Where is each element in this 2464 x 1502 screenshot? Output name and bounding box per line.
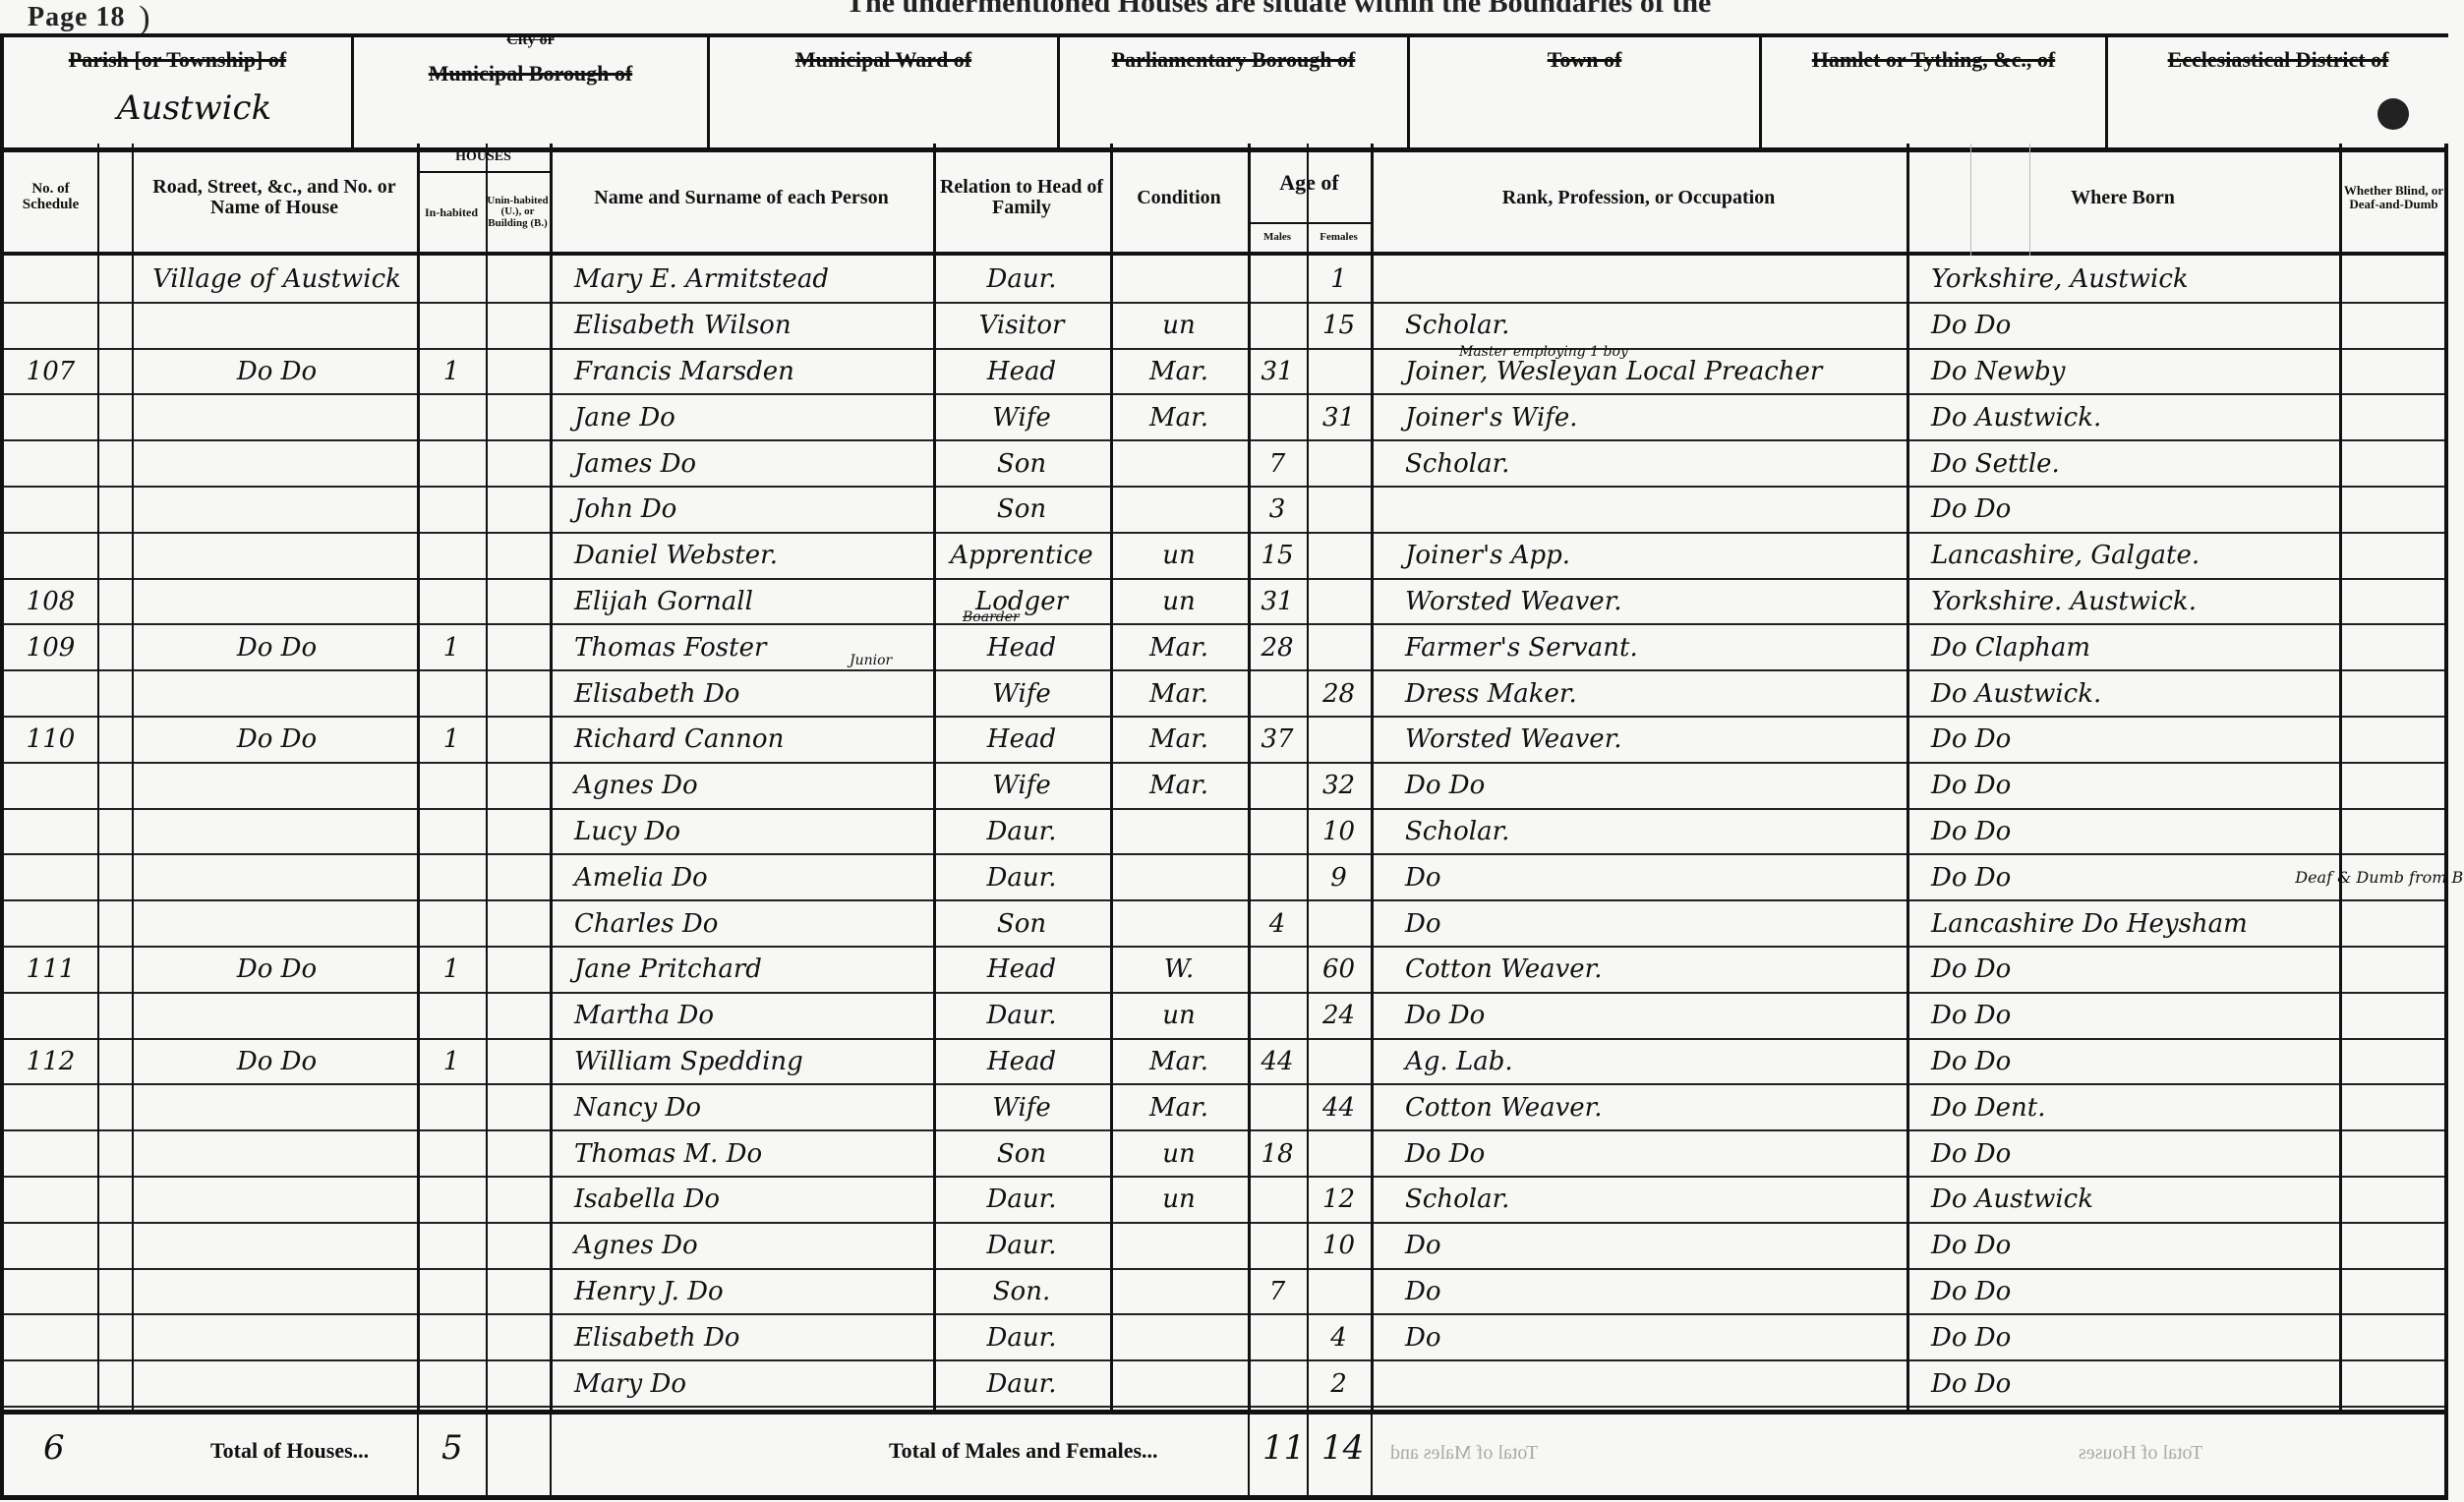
relation-cell: Daur. bbox=[933, 855, 1110, 899]
column-rule bbox=[486, 1410, 488, 1496]
condition-cell: un bbox=[1110, 580, 1248, 624]
person-name-cell: Mary E. Armitstead bbox=[574, 258, 933, 302]
column-rule bbox=[1110, 144, 1113, 1410]
schedule-number-cell bbox=[4, 304, 97, 348]
column-rule bbox=[1248, 1410, 1250, 1496]
table-row: John DoSon3Do Do bbox=[4, 488, 2444, 534]
condition-cell: un bbox=[1110, 304, 1248, 348]
table-row: Mary DoDaur.2Do Do bbox=[4, 1361, 2444, 1408]
condition-cell bbox=[1110, 810, 1248, 854]
header-road: Road, Street, &c., and No. or Name of Ho… bbox=[132, 144, 417, 252]
person-name-cell: Mary Do bbox=[574, 1361, 933, 1406]
age-female-cell: 28 bbox=[1307, 671, 1371, 716]
schedule-number-cell bbox=[4, 258, 97, 302]
table-row: Village of AustwickMary E. ArmitsteadDau… bbox=[4, 258, 2444, 304]
where-born-cell: Do Do bbox=[1931, 994, 2339, 1038]
where-born-cell: Yorkshire. Austwick. bbox=[1931, 580, 2339, 624]
inhabited-count-cell: 1 bbox=[417, 350, 486, 394]
where-born-cell: Do Do bbox=[1931, 1040, 2339, 1084]
header-inhabited: In-habited bbox=[417, 173, 486, 252]
schedule-number-cell: 112 bbox=[4, 1040, 97, 1084]
header-houses: HOUSES bbox=[417, 144, 550, 173]
person-name-cell: Elijah Gornall bbox=[574, 580, 933, 624]
blind-deaf-cell bbox=[2339, 1085, 2448, 1129]
relation-cell: Apprentice bbox=[933, 534, 1110, 578]
schedule-number-cell: 110 bbox=[4, 718, 97, 762]
condition-cell: W. bbox=[1110, 948, 1248, 992]
where-born-cell: Do Austwick. bbox=[1931, 395, 2339, 439]
schedule-number-cell: 109 bbox=[4, 625, 97, 669]
header-age: Age of bbox=[1248, 144, 1371, 224]
total-females: 14 bbox=[1321, 1428, 1364, 1468]
schedule-number-cell bbox=[4, 1178, 97, 1222]
road-name-cell bbox=[137, 810, 417, 854]
road-name-cell: Do Do bbox=[137, 718, 417, 762]
column-rule bbox=[1970, 144, 1971, 256]
locality-parliamentary-borough: Parliamentary Borough of bbox=[1060, 37, 1410, 147]
locality-municipal-borough: City or Municipal Borough of bbox=[354, 37, 710, 147]
inhabited-count-cell bbox=[417, 488, 486, 532]
where-born-cell: Do Do bbox=[1931, 1131, 2339, 1176]
age-female-cell: 60 bbox=[1307, 948, 1371, 992]
column-rule bbox=[132, 144, 134, 1410]
header-name: Name and Surname of each Person bbox=[550, 144, 933, 252]
column-rule bbox=[417, 1410, 419, 1496]
inhabited-count-cell bbox=[417, 441, 486, 486]
bleed-through-text: Total of Houses bbox=[2079, 1442, 2202, 1465]
relation-cell: Head bbox=[933, 718, 1110, 762]
schedule-number-cell bbox=[4, 1270, 97, 1314]
condition-cell: Mar. bbox=[1110, 718, 1248, 762]
condition-cell: un bbox=[1110, 534, 1248, 578]
relation-cell: Wife bbox=[933, 1085, 1110, 1129]
occupation-cell bbox=[1405, 258, 1907, 302]
occupation-cell: Do Do bbox=[1405, 994, 1907, 1038]
age-male-cell: 7 bbox=[1248, 441, 1307, 486]
locality-town: Town of bbox=[1410, 37, 1762, 147]
blind-deaf-cell: Deaf & Dumb from Birth bbox=[2339, 855, 2448, 899]
page-header-strip: Page 18 The undermentioned Houses are si… bbox=[0, 0, 2464, 33]
person-name-cell: Isabella Do bbox=[574, 1178, 933, 1222]
inhabited-count-cell: 1 bbox=[417, 718, 486, 762]
where-born-cell: Do Newby bbox=[1931, 350, 2339, 394]
relation-cell: Visitor bbox=[933, 304, 1110, 348]
person-name-cell: Agnes Do bbox=[574, 764, 933, 808]
age-female-cell bbox=[1307, 1040, 1371, 1084]
blind-deaf-cell bbox=[2339, 948, 2448, 992]
occupation-cell: Do bbox=[1405, 1270, 1907, 1314]
road-name-cell: Do Do bbox=[137, 350, 417, 394]
person-name-cell: Lucy Do bbox=[574, 810, 933, 854]
road-name-cell bbox=[137, 1085, 417, 1129]
table-row: Charles DoSon4DoLancashire Do Heysham bbox=[4, 901, 2444, 948]
occupation-cell: Do Do bbox=[1405, 764, 1907, 808]
table-row: Jane DoWifeMar.31Joiner's Wife.Do Austwi… bbox=[4, 395, 2444, 441]
age-male-cell bbox=[1248, 1178, 1307, 1222]
blind-deaf-cell bbox=[2339, 671, 2448, 716]
column-headers: No. of Schedule Road, Street, &c., and N… bbox=[4, 144, 2444, 256]
condition-cell bbox=[1110, 1270, 1248, 1314]
header-occupation: Rank, Profession, or Occupation bbox=[1371, 144, 1907, 252]
column-rule bbox=[550, 144, 553, 1410]
road-name-cell: Do Do bbox=[137, 1040, 417, 1084]
table-row: 109Do Do1Thomas FosterHeadMar.28Farmer's… bbox=[4, 625, 2444, 671]
blind-deaf-cell bbox=[2339, 994, 2448, 1038]
occupation-cell: Do bbox=[1405, 1224, 1907, 1268]
table-row: Amelia DoDaur.9DoDo DoDeaf & Dumb from B… bbox=[4, 855, 2444, 901]
age-female-cell: 32 bbox=[1307, 764, 1371, 808]
age-female-cell: 24 bbox=[1307, 994, 1371, 1038]
blind-deaf-cell bbox=[2339, 441, 2448, 486]
road-name-cell bbox=[137, 1315, 417, 1359]
age-male-cell: 3 bbox=[1248, 488, 1307, 532]
road-name-cell: Do Do bbox=[137, 948, 417, 992]
age-male-cell: 28 bbox=[1248, 625, 1307, 669]
blind-deaf-cell bbox=[2339, 1315, 2448, 1359]
relation-cell: Daur. bbox=[933, 258, 1110, 302]
condition-cell: un bbox=[1110, 1178, 1248, 1222]
condition-cell bbox=[1110, 258, 1248, 302]
road-name-cell bbox=[137, 534, 417, 578]
relation-cell: Head bbox=[933, 1040, 1110, 1084]
header-blind-deaf: Whether Blind, or Deaf-and-Dumb bbox=[2339, 144, 2448, 252]
road-name-cell bbox=[137, 1131, 417, 1176]
page-number: Page 18 bbox=[28, 2, 126, 33]
condition-cell: un bbox=[1110, 1131, 1248, 1176]
condition-cell: Mar. bbox=[1110, 395, 1248, 439]
person-name-cell: Elisabeth Do bbox=[574, 1315, 933, 1359]
person-name-cell: Henry J. Do bbox=[574, 1270, 933, 1314]
header-uninhabited: Unin-habited (U.), or Building (B.) bbox=[486, 173, 550, 252]
occupation-cell: Scholar. bbox=[1405, 304, 1907, 348]
table-row: Elisabeth WilsonVisitorun15Scholar.Do Do bbox=[4, 304, 2444, 350]
schedule-number-cell bbox=[4, 1131, 97, 1176]
relation-cell: Wife bbox=[933, 764, 1110, 808]
inhabited-count-cell bbox=[417, 304, 486, 348]
inhabited-count-cell bbox=[417, 855, 486, 899]
relation-cell: Lodger bbox=[933, 580, 1110, 624]
condition-cell bbox=[1110, 488, 1248, 532]
inhabited-count-cell bbox=[417, 1361, 486, 1406]
total-houses-inhabited: 5 bbox=[441, 1428, 463, 1468]
where-born-cell: Do Do bbox=[1931, 488, 2339, 532]
occupation-cell bbox=[1405, 1361, 1907, 1406]
schedule-number-cell bbox=[4, 901, 97, 946]
where-born-cell: Do Dent. bbox=[1931, 1085, 2339, 1129]
person-name-cell: Martha Do bbox=[574, 994, 933, 1038]
person-name-cell: James Do bbox=[574, 441, 933, 486]
table-row: Henry J. DoSon.7DoDo Do bbox=[4, 1270, 2444, 1316]
age-male-cell bbox=[1248, 810, 1307, 854]
locality-parish: Parish [or Township] of Austwick bbox=[0, 37, 354, 147]
age-male-cell: 31 bbox=[1248, 350, 1307, 394]
table-row: Thomas M. DoSonun18Do DoDo Do bbox=[4, 1131, 2444, 1178]
table-row: Agnes DoWifeMar.32Do DoDo Do bbox=[4, 764, 2444, 810]
schedule-number-cell: 108 bbox=[4, 580, 97, 624]
blind-deaf-cell bbox=[2339, 1178, 2448, 1222]
inhabited-count-cell bbox=[417, 1085, 486, 1129]
column-rule bbox=[1248, 144, 1251, 1410]
age-male-cell bbox=[1248, 855, 1307, 899]
blind-deaf-cell bbox=[2339, 764, 2448, 808]
table-row: 110Do Do1Richard CannonHeadMar.37Worsted… bbox=[4, 718, 2444, 764]
column-rule bbox=[1307, 144, 1309, 1410]
header-where-born: Where Born bbox=[1907, 144, 2339, 252]
person-name-cell: Elisabeth Wilson bbox=[574, 304, 933, 348]
road-name-cell bbox=[137, 901, 417, 946]
column-rule bbox=[486, 144, 488, 1410]
schedule-number-cell bbox=[4, 1224, 97, 1268]
age-male-cell bbox=[1248, 1224, 1307, 1268]
blind-deaf-cell bbox=[2339, 304, 2448, 348]
road-name-cell bbox=[137, 671, 417, 716]
where-born-cell: Do Do bbox=[1931, 1270, 2339, 1314]
road-name-cell bbox=[137, 855, 417, 899]
age-male-cell: 7 bbox=[1248, 1270, 1307, 1314]
column-rule bbox=[1371, 144, 1374, 1410]
age-female-cell bbox=[1307, 1270, 1371, 1314]
schedule-number-cell bbox=[4, 534, 97, 578]
table-row: 108Elijah GornallLodgerun31Worsted Weave… bbox=[4, 580, 2444, 626]
age-male-cell bbox=[1248, 1361, 1307, 1406]
relation-cell: Head bbox=[933, 948, 1110, 992]
road-name-cell: Village of Austwick bbox=[137, 258, 417, 302]
occupation-cell: Do bbox=[1405, 855, 1907, 899]
blind-deaf-cell bbox=[2339, 1040, 2448, 1084]
road-name-cell bbox=[137, 441, 417, 486]
age-male-cell bbox=[1248, 1085, 1307, 1129]
condition-cell bbox=[1110, 901, 1248, 946]
occupation-cell: Do bbox=[1405, 901, 1907, 946]
schedule-number-cell bbox=[4, 441, 97, 486]
occupation-cell: Worsted Weaver. bbox=[1405, 718, 1907, 762]
locality-ecclesiastical-district: Ecclesiastical District of bbox=[2108, 37, 2448, 147]
where-born-cell: Do Do bbox=[1931, 1361, 2339, 1406]
age-male-cell bbox=[1248, 671, 1307, 716]
occupation-cell: Worsted Weaver. bbox=[1405, 580, 1907, 624]
column-rule bbox=[417, 144, 420, 1410]
column-rule bbox=[1907, 144, 1909, 1410]
occupation-cell: Scholar. bbox=[1405, 810, 1907, 854]
road-name-cell bbox=[137, 580, 417, 624]
inhabited-count-cell: 1 bbox=[417, 1040, 486, 1084]
person-name-cell: Elisabeth Do bbox=[574, 671, 933, 716]
where-born-cell: Do Do bbox=[1931, 810, 2339, 854]
person-name-cell: Agnes Do bbox=[574, 1224, 933, 1268]
age-male-cell: 31 bbox=[1248, 580, 1307, 624]
table-row: Lucy DoDaur.10Scholar.Do Do bbox=[4, 810, 2444, 856]
schedule-number-cell bbox=[4, 994, 97, 1038]
age-female-cell bbox=[1307, 534, 1371, 578]
occupation-cell: Farmer's Servant. bbox=[1405, 625, 1907, 669]
road-name-cell bbox=[137, 488, 417, 532]
condition-cell bbox=[1110, 1224, 1248, 1268]
where-born-cell: Do Do bbox=[1931, 1224, 2339, 1268]
table-row: Agnes DoDaur.10DoDo Do bbox=[4, 1224, 2444, 1270]
age-male-cell bbox=[1248, 258, 1307, 302]
age-male-cell bbox=[1248, 304, 1307, 348]
occupation-cell: Joiner's App. bbox=[1405, 534, 1907, 578]
condition-cell: Mar. bbox=[1110, 1085, 1248, 1129]
table-row: 112Do Do1William SpeddingHeadMar.44Ag. L… bbox=[4, 1040, 2444, 1086]
column-rule bbox=[2029, 144, 2030, 256]
age-male-cell bbox=[1248, 948, 1307, 992]
road-name-cell bbox=[137, 994, 417, 1038]
name-annotation: Junior bbox=[850, 653, 892, 668]
age-male-cell bbox=[1248, 395, 1307, 439]
totals-row: 6 Total of Houses... 5 Total of Males an… bbox=[4, 1410, 2444, 1501]
column-rule bbox=[1307, 1410, 1309, 1496]
blind-deaf-cell bbox=[2339, 580, 2448, 624]
total-schedules: 6 bbox=[43, 1428, 65, 1468]
condition-cell bbox=[1110, 855, 1248, 899]
condition-cell bbox=[1110, 1361, 1248, 1406]
age-female-cell: 44 bbox=[1307, 1085, 1371, 1129]
header-relation: Relation to Head of Family bbox=[933, 144, 1110, 252]
road-name-cell bbox=[137, 1361, 417, 1406]
total-persons-label: Total of Males and Females... bbox=[889, 1438, 1158, 1464]
relation-cell: Son bbox=[933, 1131, 1110, 1176]
boundary-heading: The undermentioned Houses are situate wi… bbox=[846, 0, 1711, 20]
blind-deaf-cell bbox=[2339, 395, 2448, 439]
age-female-cell: 2 bbox=[1307, 1361, 1371, 1406]
age-male-cell bbox=[1248, 994, 1307, 1038]
condition-cell: Mar. bbox=[1110, 1040, 1248, 1084]
age-female-cell bbox=[1307, 441, 1371, 486]
age-male-cell: 4 bbox=[1248, 901, 1307, 946]
inhabited-count-cell bbox=[417, 534, 486, 578]
age-female-cell bbox=[1307, 350, 1371, 394]
column-rule bbox=[933, 144, 936, 1410]
table-row: Nancy DoWifeMar.44Cotton Weaver.Do Dent. bbox=[4, 1085, 2444, 1131]
occupation-cell bbox=[1405, 488, 1907, 532]
inhabited-count-cell: 1 bbox=[417, 625, 486, 669]
schedule-number-cell bbox=[4, 1085, 97, 1129]
blind-deaf-cell bbox=[2339, 534, 2448, 578]
table-row: Martha DoDaur.un24Do DoDo Do bbox=[4, 994, 2444, 1040]
road-name-cell bbox=[137, 1178, 417, 1222]
blind-deaf-cell bbox=[2339, 1131, 2448, 1176]
blind-deaf-cell bbox=[2339, 258, 2448, 302]
occupation-cell: Ag. Lab. bbox=[1405, 1040, 1907, 1084]
person-name-cell: Jane Do bbox=[574, 395, 933, 439]
condition-cell: Mar. bbox=[1110, 764, 1248, 808]
person-name-cell: Nancy Do bbox=[574, 1085, 933, 1129]
table-row: James DoSon7Scholar.Do Settle. bbox=[4, 441, 2444, 488]
where-born-cell: Do Do bbox=[1931, 764, 2339, 808]
relation-cell: Daur. bbox=[933, 1315, 1110, 1359]
column-rule bbox=[2339, 144, 2342, 1410]
age-male-cell bbox=[1248, 764, 1307, 808]
relation-cell: Daur. bbox=[933, 1224, 1110, 1268]
age-female-cell bbox=[1307, 625, 1371, 669]
inhabited-count-cell bbox=[417, 810, 486, 854]
blind-deaf-cell bbox=[2339, 1361, 2448, 1406]
schedule-number-cell bbox=[4, 671, 97, 716]
road-name-cell: Do Do bbox=[137, 625, 417, 669]
inhabited-count-cell bbox=[417, 1224, 486, 1268]
occupation-cell: Cotton Weaver. bbox=[1405, 948, 1907, 992]
relation-cell: Head bbox=[933, 350, 1110, 394]
blind-deaf-cell bbox=[2339, 1270, 2448, 1314]
person-name-cell: William Spedding bbox=[574, 1040, 933, 1084]
relation-cell: Son bbox=[933, 901, 1110, 946]
where-born-cell: Do Settle. bbox=[1931, 441, 2339, 486]
age-male-cell: 44 bbox=[1248, 1040, 1307, 1084]
blind-deaf-cell bbox=[2339, 901, 2448, 946]
where-born-cell: Do Do bbox=[1931, 304, 2339, 348]
age-female-cell bbox=[1307, 580, 1371, 624]
occupation-annotation: Master employing 1 boy bbox=[1459, 344, 1628, 360]
where-born-cell: Do Do bbox=[1931, 948, 2339, 992]
total-males: 11 bbox=[1262, 1428, 1305, 1468]
age-female-cell bbox=[1307, 488, 1371, 532]
where-born-cell: Yorkshire, Austwick bbox=[1931, 258, 2339, 302]
condition-cell: Mar. bbox=[1110, 350, 1248, 394]
blind-deaf-cell bbox=[2339, 1224, 2448, 1268]
header-condition: Condition bbox=[1110, 144, 1248, 252]
inhabited-count-cell bbox=[417, 901, 486, 946]
header-females: Females bbox=[1307, 224, 1371, 252]
age-male-cell bbox=[1248, 1315, 1307, 1359]
census-page: Page 18 The undermentioned Houses are si… bbox=[0, 0, 2464, 1502]
condition-cell bbox=[1110, 441, 1248, 486]
inhabited-count-cell bbox=[417, 395, 486, 439]
relation-cell: Daur. bbox=[933, 810, 1110, 854]
table-row: Isabella DoDaur.un12Scholar.Do Austwick bbox=[4, 1178, 2444, 1224]
locality-parish-value: Austwick bbox=[117, 88, 271, 128]
schedule-number-cell bbox=[4, 855, 97, 899]
inhabited-count-cell bbox=[417, 764, 486, 808]
age-male-cell: 37 bbox=[1248, 718, 1307, 762]
locality-municipal-ward: Municipal Ward of bbox=[710, 37, 1060, 147]
table-row: Elisabeth DoDaur.4DoDo Do bbox=[4, 1315, 2444, 1361]
schedule-number-cell bbox=[4, 395, 97, 439]
person-name-cell: Jane Pritchard bbox=[574, 948, 933, 992]
total-houses-label: Total of Houses... bbox=[210, 1438, 369, 1464]
age-female-cell: 1 bbox=[1307, 258, 1371, 302]
inhabited-count-cell bbox=[417, 994, 486, 1038]
age-female-cell bbox=[1307, 901, 1371, 946]
occupation-cell: Cotton Weaver. bbox=[1405, 1085, 1907, 1129]
person-name-cell: Charles Do bbox=[574, 901, 933, 946]
age-male-cell: 18 bbox=[1248, 1131, 1307, 1176]
column-rule bbox=[1371, 1410, 1373, 1496]
blind-deaf-cell bbox=[2339, 625, 2448, 669]
where-born-cell: Do Do bbox=[1931, 1315, 2339, 1359]
occupation-cell: Do Do bbox=[1405, 1131, 1907, 1176]
occupation-cell: Do bbox=[1405, 1315, 1907, 1359]
where-born-cell: Lancashire, Galgate. bbox=[1931, 534, 2339, 578]
relation-cell: Daur. bbox=[933, 1361, 1110, 1406]
person-name-cell: Francis Marsden bbox=[574, 350, 933, 394]
age-female-cell: 12 bbox=[1307, 1178, 1371, 1222]
age-female-cell bbox=[1307, 718, 1371, 762]
table-row: Elisabeth DoWifeMar.28Dress Maker.Do Aus… bbox=[4, 671, 2444, 718]
where-born-cell: Do Clapham bbox=[1931, 625, 2339, 669]
person-name-cell: Thomas M. Do bbox=[574, 1131, 933, 1176]
blind-deaf-cell bbox=[2339, 488, 2448, 532]
inhabited-count-cell bbox=[417, 1270, 486, 1314]
schedule-number-cell bbox=[4, 1361, 97, 1406]
inhabited-count-cell bbox=[417, 1178, 486, 1222]
occupation-cell: Dress Maker. bbox=[1405, 671, 1907, 716]
inhabited-count-cell bbox=[417, 671, 486, 716]
locality-hamlet: Hamlet or Tything, &c., of bbox=[1762, 37, 2108, 147]
inhabited-count-cell bbox=[417, 1315, 486, 1359]
age-female-cell: 31 bbox=[1307, 395, 1371, 439]
condition-cell: Mar. bbox=[1110, 625, 1248, 669]
